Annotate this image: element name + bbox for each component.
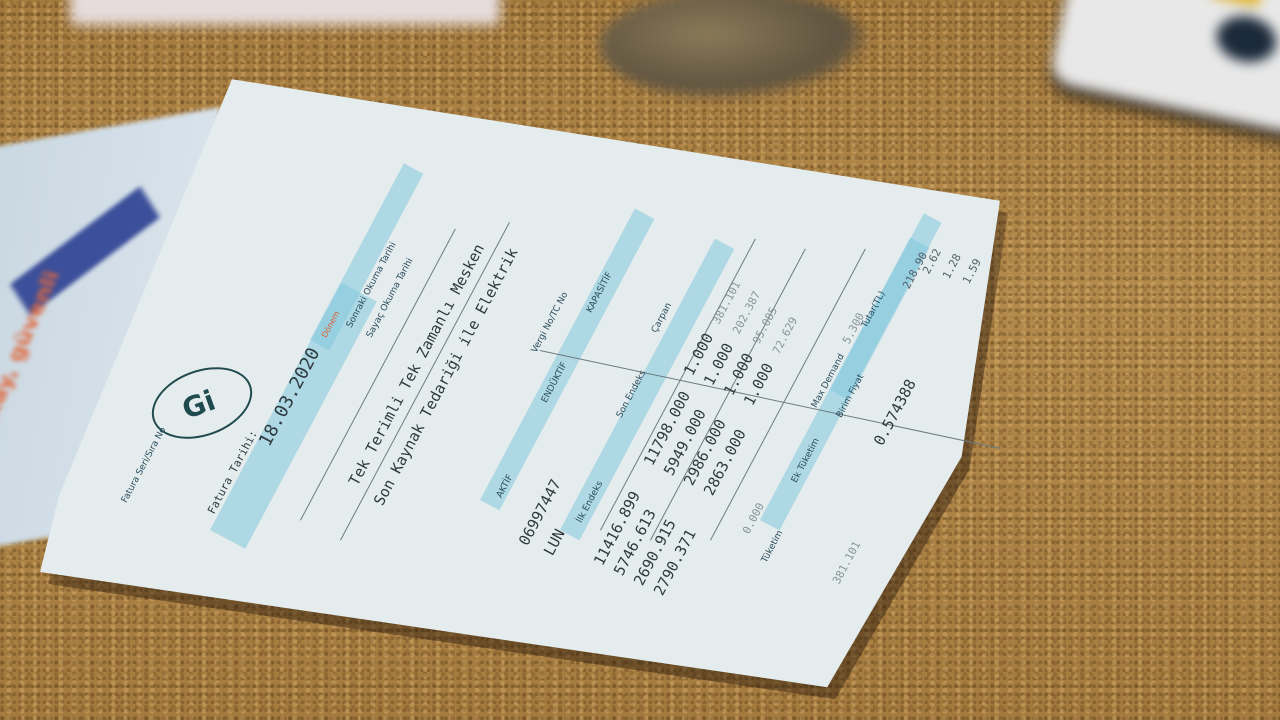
electricity-bill: Gi Fatura Seri/Sıra No Fatura Tarihi: 18… bbox=[40, 60, 1000, 700]
background-paper bbox=[70, 0, 500, 25]
company-label: Fatura Seri/Sıra No bbox=[120, 426, 168, 505]
calculator bbox=[1048, 0, 1280, 135]
unit-price: 0.574388 bbox=[870, 376, 920, 448]
